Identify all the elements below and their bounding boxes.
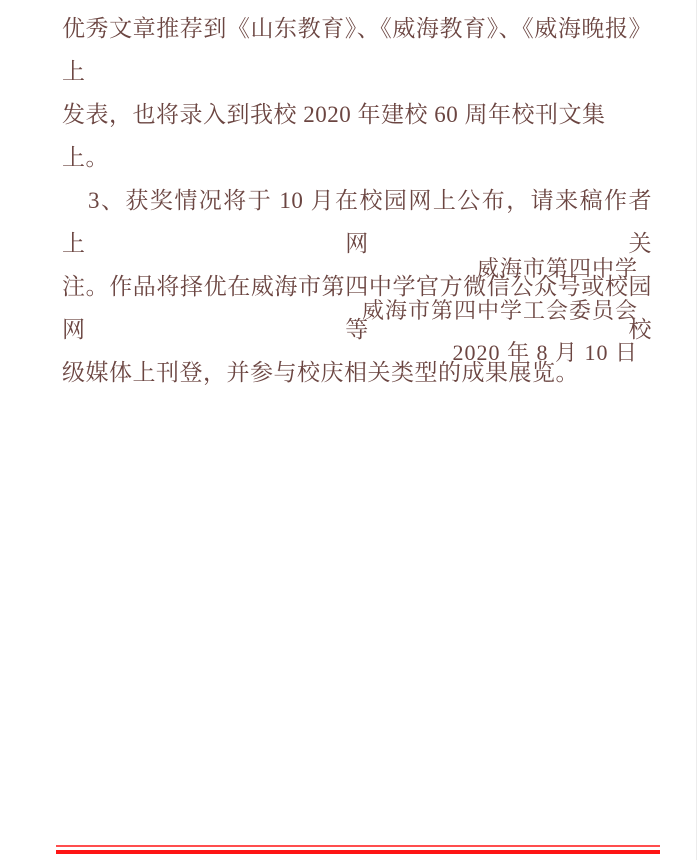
footer-rule-thin	[56, 845, 660, 847]
body-line: 优秀文章推荐到《山东教育》、《威海教育》、《威海晚报》上	[62, 7, 652, 93]
signature-block: 威海市第四中学 威海市第四中学工会委员会 2020 年 8 月 10 日	[362, 248, 638, 374]
signature-union-committee: 威海市第四中学工会委员会	[362, 290, 638, 332]
signature-date: 2020 年 8 月 10 日	[362, 332, 638, 374]
document-page: 优秀文章推荐到《山东教育》、《威海教育》、《威海晚报》上 发表，也将录入到我校 …	[0, 0, 700, 860]
body-line: 发表，也将录入到我校 2020 年建校 60 周年校刊文集上。	[62, 93, 652, 179]
signature-school-name: 威海市第四中学	[362, 248, 638, 290]
footer-rule-thick	[56, 850, 660, 854]
page-right-edge	[696, 0, 697, 860]
